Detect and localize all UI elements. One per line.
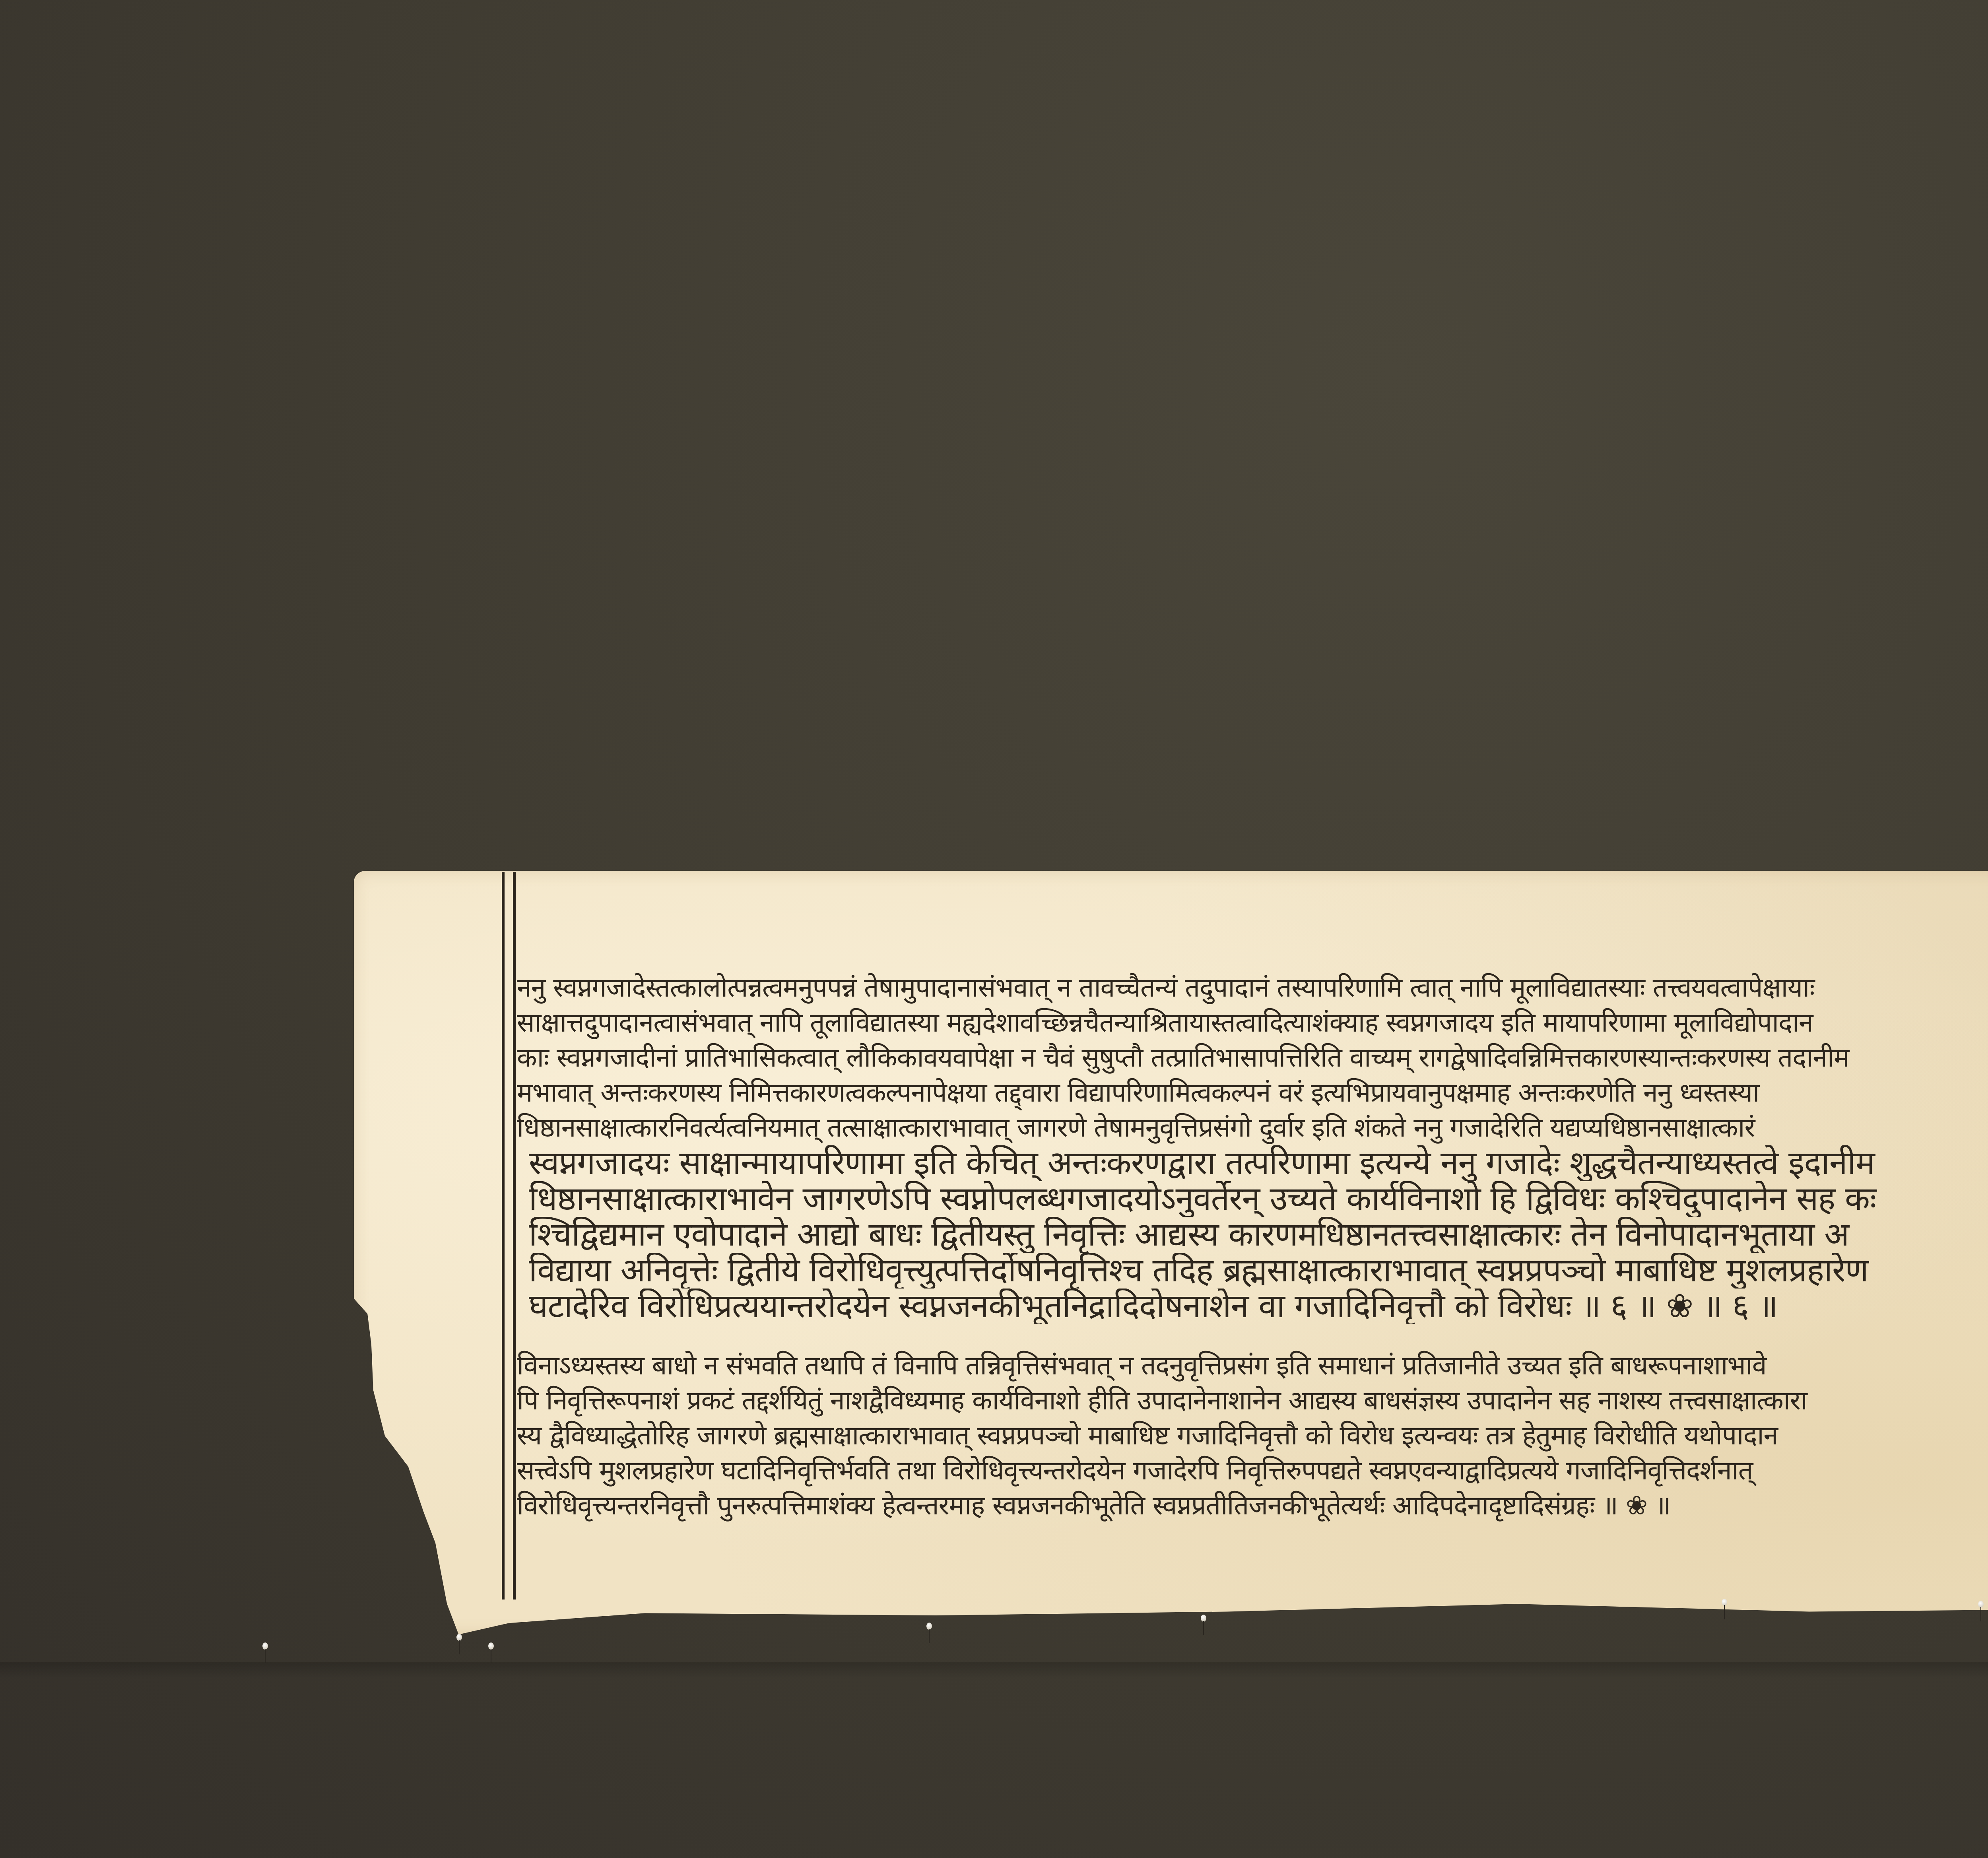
text-line: धिष्ठानसाक्षात्कारनिवर्त्यत्वनियमात् तत्…	[517, 1110, 1988, 1145]
pin-icon	[926, 1623, 932, 1630]
pin-icon	[1722, 1599, 1727, 1606]
text-line: स्य द्वैविध्याद्धेतोरिह जागरणे ब्रह्मसाक…	[517, 1418, 1988, 1453]
text-line: विद्याया अनिवृत्तेः द्वितीये विरोधिवृत्त…	[529, 1253, 1988, 1289]
commentary-block-top: ननु स्वप्नगजादेस्तत्कालोत्पन्नत्वमनुपपन्…	[517, 970, 1988, 1145]
text-line: ननु स्वप्नगजादेस्तत्कालोत्पन्नत्वमनुपपन्…	[517, 970, 1988, 1005]
pin-icon	[262, 1642, 268, 1650]
text-line: विरोधिवृत्त्यन्तरनिवृत्तौ पुनरुत्पत्तिमा…	[517, 1488, 1988, 1523]
text-line: श्चिद्विद्यमान एवोपादाने आद्यो बाधः द्वि…	[529, 1217, 1988, 1253]
text-line: साक्षात्तदुपादानत्वासंभवात् नापि तूलाविद…	[517, 1005, 1988, 1040]
root-text-block: स्वप्नगजादयः साक्षान्मायापरिणामा इति केच…	[529, 1145, 1988, 1324]
text-line: विनाऽध्यस्तस्य बाधो न संभवति तथापि तं वि…	[517, 1348, 1988, 1383]
text-line: सत्त्वेऽपि मुशलप्रहारेण घटादिनिवृत्तिर्भ…	[517, 1453, 1988, 1488]
left-margin-rule-inner	[513, 872, 516, 1600]
text-line: पि निवृत्तिरूपनाशं प्रकटं तद्दर्शयितुं न…	[517, 1383, 1988, 1418]
text-line: घटादेरिव विरोधिप्रत्ययान्तरोदयेन स्वप्नज…	[529, 1289, 1988, 1324]
pin-icon	[1201, 1615, 1206, 1622]
text-line: धिष्ठानसाक्षात्काराभावेन जागरणेऽपि स्वप्…	[529, 1181, 1988, 1217]
text-line: मभावात् अन्तःकरणस्य निमित्तकारणत्वकल्पना…	[517, 1075, 1988, 1110]
backdrop-paper	[0, 1662, 1988, 1678]
pin-icon	[456, 1634, 462, 1641]
left-margin-rule-outer	[502, 872, 505, 1600]
text-line: स्वप्नगजादयः साक्षान्मायापरिणामा इति केच…	[529, 1145, 1988, 1181]
pin-icon	[488, 1642, 494, 1650]
commentary-block-bottom: विनाऽध्यस्तस्य बाधो न संभवति तथापि तं वि…	[517, 1348, 1988, 1523]
text-line: काः स्वप्नगजादीनां प्रातिभासिकत्वात् लौक…	[517, 1040, 1988, 1075]
pin-icon	[1978, 1601, 1984, 1608]
